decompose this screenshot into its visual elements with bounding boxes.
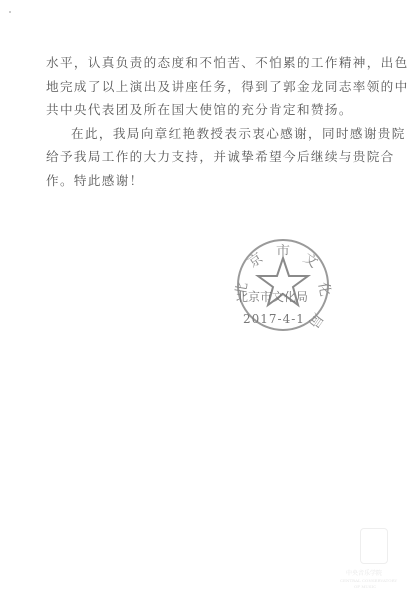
- svg-text:市: 市: [276, 244, 290, 260]
- svg-text:京: 京: [245, 250, 266, 271]
- body-line-4: 在此，我局向章红艳教授表示衷心感谢，同时感谢贵院: [71, 126, 406, 142]
- body-line-3: 共中央代表团及所在国大使馆的充分肯定和赞扬。: [46, 102, 353, 118]
- watermark-cn: 中央音乐学院: [346, 568, 382, 577]
- scan-speck: [9, 11, 11, 13]
- svg-text:化: 化: [315, 281, 332, 298]
- watermark-en2: OF MUSIC: [354, 584, 376, 589]
- date: 2017-4-1: [243, 312, 305, 326]
- conservatory-logo-icon: [360, 528, 388, 564]
- signature: 北京市文化局: [236, 288, 308, 305]
- svg-text:局: 局: [305, 310, 326, 331]
- body-line-1: 水平，认真负责的态度和不怕苦、不怕累的工作精神，出色: [46, 55, 409, 71]
- svg-text:文: 文: [300, 250, 321, 271]
- body-line-2: 地完成了以上演出及讲座任务，得到了郭金龙同志率领的中: [46, 79, 409, 95]
- body-line-6: 作。特此感谢！: [46, 173, 144, 189]
- body-line-5: 给予我局工作的大力支持，并诚挚希望今后继续与贵院合: [46, 149, 395, 165]
- watermark-en1: CENTRAL CONSERVATORY: [340, 578, 397, 583]
- document-page: 水平，认真负责的态度和不怕苦、不怕累的工作精神，出色 地完成了以上演出及讲座任务…: [0, 0, 413, 600]
